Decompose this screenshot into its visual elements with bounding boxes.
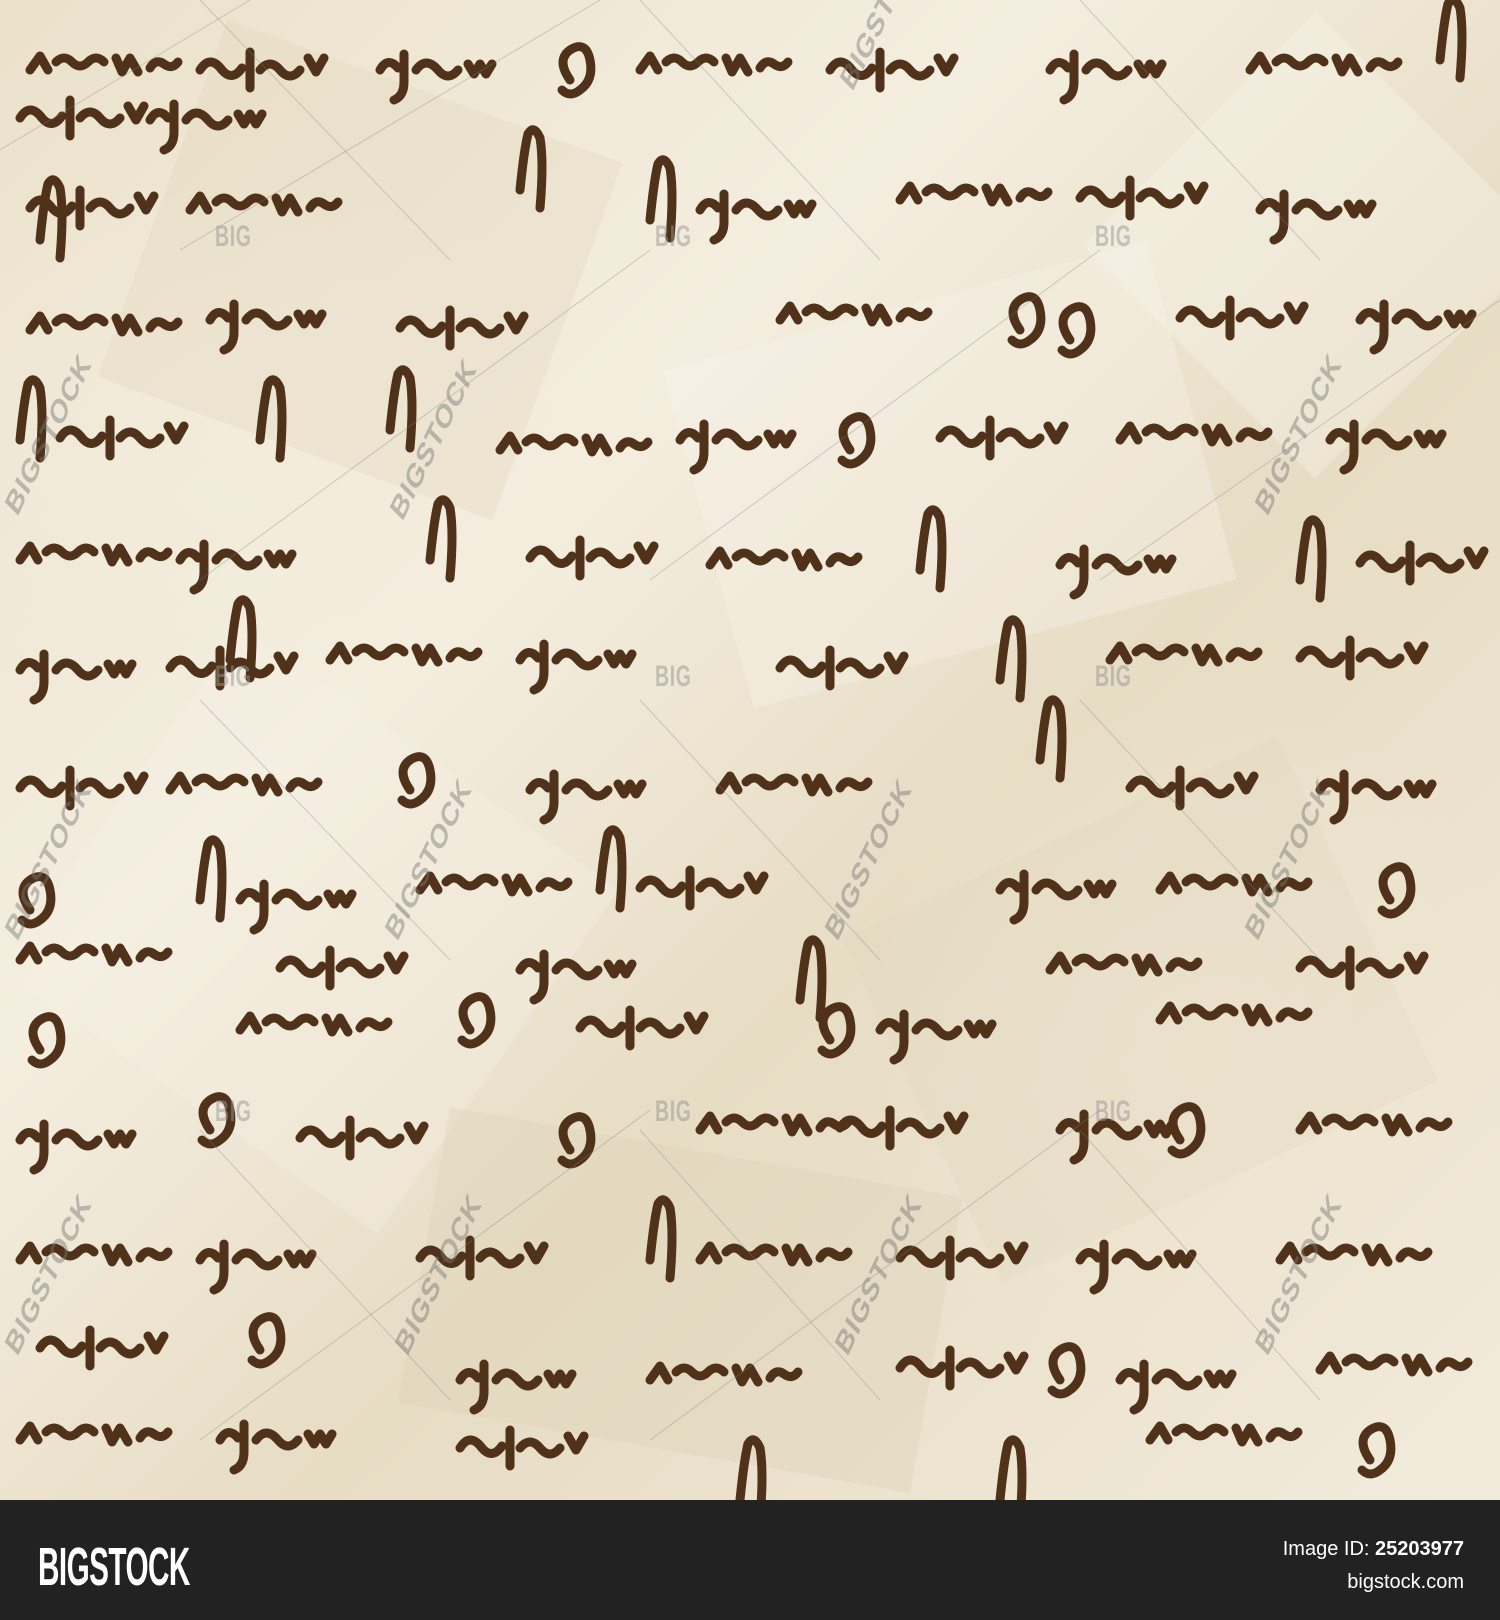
watermark-big: BIG <box>655 660 692 694</box>
watermark-big: BIG <box>215 1095 252 1129</box>
watermark-big: BIG <box>1095 660 1132 694</box>
watermark-big: BIG <box>215 220 252 254</box>
bigstock-logo: BIGSTOCK <box>38 1540 190 1594</box>
watermark-big: BIG <box>1095 1095 1132 1129</box>
site-url: bigstock.com <box>1283 1566 1464 1599</box>
footer-bar: BIGSTOCK Image ID: 25203977 bigstock.com <box>0 1500 1500 1620</box>
watermark-big: BIG <box>655 220 692 254</box>
stock-image: BIGSTOCK BIGSTOCK BIGSTOCK BIGSTOCK BIGS… <box>0 0 1500 1500</box>
watermark-big: BIG <box>655 1095 692 1129</box>
image-id-line: Image ID: 25203977 <box>1283 1533 1464 1566</box>
watermark-big: BIG <box>215 660 252 694</box>
watermark-big: BIG <box>1095 220 1132 254</box>
image-meta: Image ID: 25203977 bigstock.com <box>1283 1533 1464 1599</box>
image-id-value: 25203977 <box>1375 1538 1464 1560</box>
image-id-label: Image ID: <box>1283 1538 1370 1560</box>
